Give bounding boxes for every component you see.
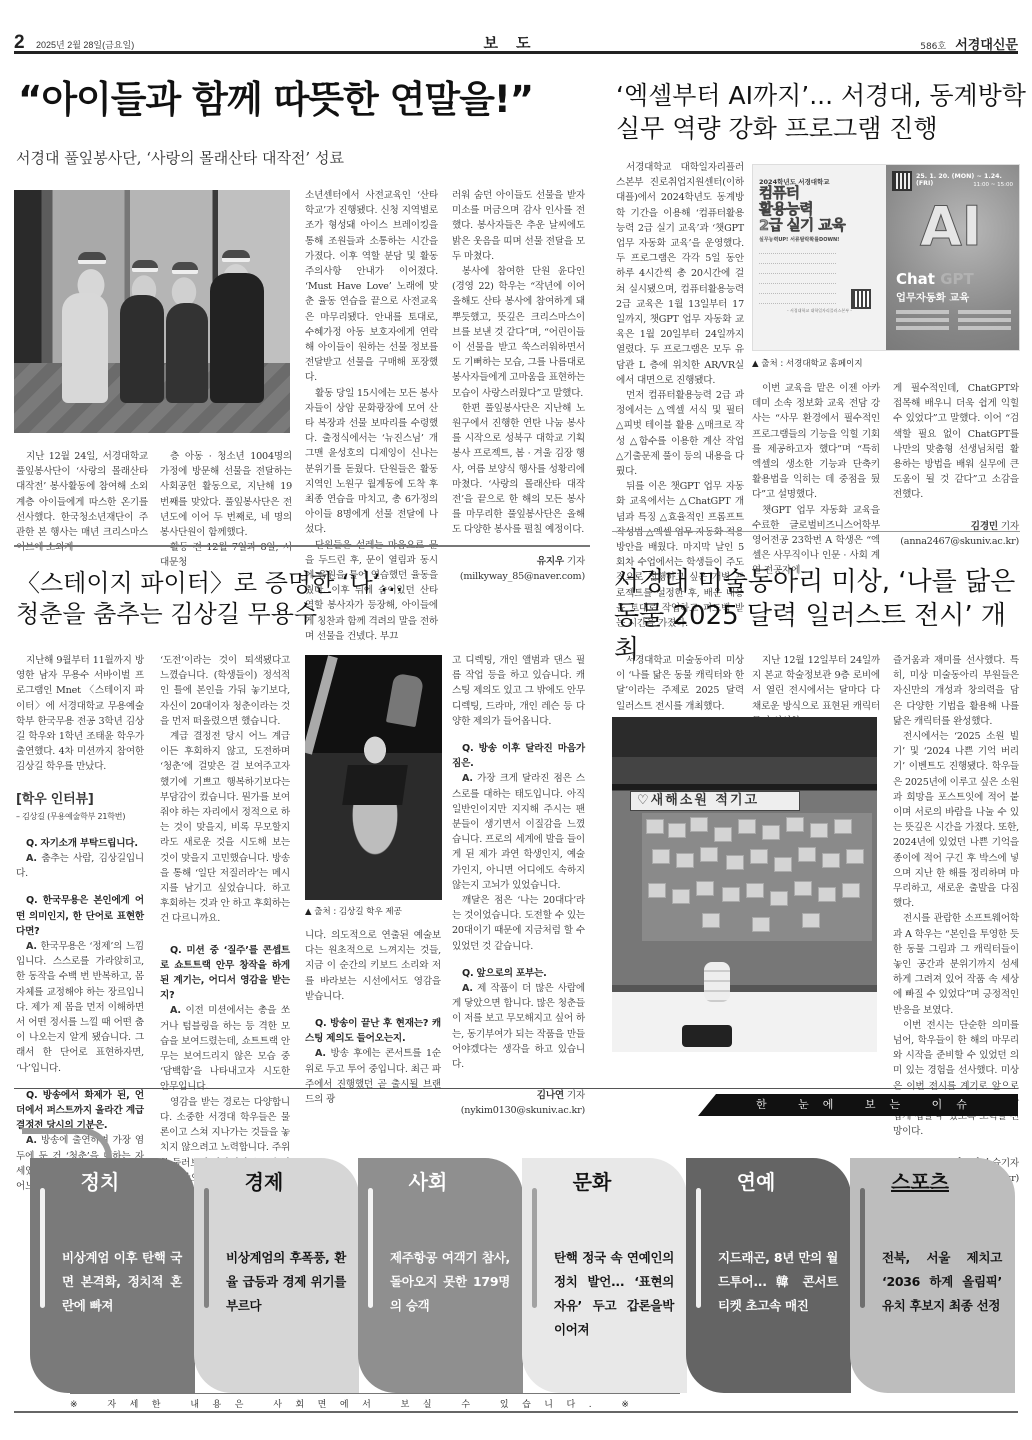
poster-image: 2024학년도 서경대학교 컴퓨터 활용능력 2급 실기 교육 실무능력UP! … xyxy=(752,164,1020,351)
issue-number: 586호 xyxy=(920,42,946,52)
poster-computer: 2024학년도 서경대학교 컴퓨터 활용능력 2급 실기 교육 실무능력UP! … xyxy=(753,165,886,350)
ai-col-2: 이번 교육을 맡은 이젠 아카데미 소속 정보화 교육 전담 강사는 “사무 환… xyxy=(752,381,880,579)
poster-info-rows xyxy=(896,310,1011,334)
divider xyxy=(14,1088,1018,1089)
santa-hat-icon xyxy=(78,252,106,264)
masthead: 2 2025년 2월 28일(금요일) 보도 586호 서경대신문 xyxy=(14,4,1018,54)
divider xyxy=(612,531,1020,532)
interview-subtitle: – 김상길 (무용예술학부 21학번) xyxy=(16,809,144,824)
subheadline-santa: 서경대 풀잎봉사단, ‘사랑의 몰래산타 대작전’ 성료 xyxy=(16,147,344,168)
issue-tab-entertainment[interactable]: 연예 지드래곤, 8년 만의 월드투어... 韓 콘서트 티켓 초고속 매진 xyxy=(686,1158,851,1393)
person-1 xyxy=(62,293,108,403)
stage-col-4: 고 디렉팅, 개인 앨범과 댄스 필름 작업 등을 하고 있습니다. 캐스팅 제… xyxy=(452,653,585,1119)
byline-santa: 유지우 기자 xyxy=(452,554,585,569)
photo-pen-holder xyxy=(704,962,730,1002)
santa-hat-icon xyxy=(222,250,250,262)
photo-dancer xyxy=(305,655,442,900)
issues-note: ※ 자세한 내용은 사회면에서 보실 수 있습니다. ※ xyxy=(70,1393,680,1410)
poster-chatgpt: 25. 1. 20. (MON) ~ 1.24. (FRI) 11:00 ~ 1… xyxy=(886,165,1019,350)
stage-col-3: 니다. 의도적으로 연출된 예술보다는 원초적으로 느껴지는 것들, 지금 이 … xyxy=(305,928,441,1107)
photo-exhibition: ♡새해소원 적기고 xyxy=(612,717,877,1052)
santa-hat-icon xyxy=(132,260,158,272)
paper-info: 586호 서경대신문 xyxy=(920,34,1018,53)
reporter-email-ai: (anna2467@skuniv.ac.kr) xyxy=(893,534,1019,549)
photo-arm xyxy=(305,655,338,754)
stage-col-2: ‘도전’이라는 것이 퇴색됐다고 느꼈습니다. (학생들이) 정석적인 틀에 본… xyxy=(160,653,290,1186)
issue-tab-sports[interactable]: 스포츠 전북, 서울 제치고 ‘2036 하계 올림픽’ 유치 후보지 최종 선… xyxy=(850,1158,1015,1393)
stage-col-1: 지난해 9월부터 11월까지 방영한 남자 무용수 서바이벌 프로그램인 Mne… xyxy=(16,653,144,1194)
photo-caption-stage: ▲ 출처 : 김상길 학우 제공 xyxy=(305,905,402,917)
qr-code-icon xyxy=(892,171,912,191)
byline-stage: 김나연 기자 xyxy=(452,1088,585,1103)
bottom-divider xyxy=(14,1411,1018,1413)
issue-tab-economy[interactable]: 경제 비상계엄의 후폭풍, 환율 급등과 경제 위기를 부르다 xyxy=(194,1158,359,1393)
photo-costume xyxy=(342,765,408,805)
person-3 xyxy=(166,303,208,403)
santa-col-2: 층 아동 · 청소년 1004명의 가정에 방문해 선물을 전달하는 사회공헌 … xyxy=(160,449,292,571)
qr-code-icon xyxy=(851,289,871,309)
issues-banner: 한 눈에 보는 이슈 xyxy=(698,1094,1018,1116)
art-col-1: 서경대학교 미술동아리 미상이 ‘나를 닮은 동물 캐릭터와 한 달’이라는 주… xyxy=(616,653,744,714)
headline-stage: 〈스테이지 파이터〉로 증명한 ‘나’... 청춘을 춤추는 김상길 무용수 xyxy=(16,568,596,630)
issue-tab-politics[interactable]: 정치 비상계엄 이후 탄핵 국면 본격화, 정치적 혼란에 빠져 xyxy=(30,1158,195,1393)
headline-santa: “아이들과 함께 따뜻한 연말을!” xyxy=(18,78,533,122)
photo-fan xyxy=(386,673,424,727)
paper-name: 서경대신문 xyxy=(955,38,1018,53)
decorative-arc xyxy=(22,1128,112,1158)
sticky-note-board xyxy=(642,813,872,941)
ai-col-1: 서경대학교 대학일자리플러스본부 진로취업지원센터(이하 대플)에서 2024학… xyxy=(616,160,744,631)
headline-ai: ‘엑셀부터 AI까지’... 서경대, 동계방학 실무 역량 강화 프로그램 진… xyxy=(616,80,1026,145)
interview-title: [학우 인터뷰] xyxy=(16,791,144,809)
santa-hat-icon xyxy=(172,262,198,274)
photo-volunteers xyxy=(14,190,290,433)
photo-table xyxy=(612,992,877,1052)
issues-panel: 정치 비상계엄 이후 탄핵 국면 본격화, 정치적 혼란에 빠져 경제 비상계엄… xyxy=(14,1128,1018,1393)
issue-tab-culture[interactable]: 문화 탄핵 정국 속 연예인의 정치 발언... ‘표현의 자유’ 두고 갑론을… xyxy=(522,1158,687,1393)
issue-tab-society[interactable]: 사회 제주항공 여객기 참사, 돌아오지 못한 179명의 승객 xyxy=(358,1158,523,1393)
santa-col-4: 러워 숨던 아이들도 선물을 받자 미소를 머금으며 감사 인사를 전했다. 봉… xyxy=(452,188,585,584)
ai-col-3: 게 필수적인데, ChatGPT와 접목해 배우니 더욱 쉽게 익힐 수 있었다… xyxy=(893,381,1019,549)
photo-caption-ai: ▲ 출처 : 서경대학교 홈페이지 xyxy=(752,357,863,369)
wish-banner: ♡새해소원 적기고 xyxy=(630,791,800,811)
section-title: 보도 xyxy=(14,32,1018,53)
photo-phone xyxy=(682,1025,732,1047)
santa-col-1: 지난 12월 24일, 서경대학교 풀잎봉사단이 ‘사랑의 몰래산타 대작전’ … xyxy=(16,449,148,555)
person-2 xyxy=(120,295,164,403)
reporter-email-stage: (nykim0130@skuniv.ac.kr) xyxy=(452,1103,585,1118)
divider xyxy=(14,545,590,547)
person-4 xyxy=(210,273,264,403)
